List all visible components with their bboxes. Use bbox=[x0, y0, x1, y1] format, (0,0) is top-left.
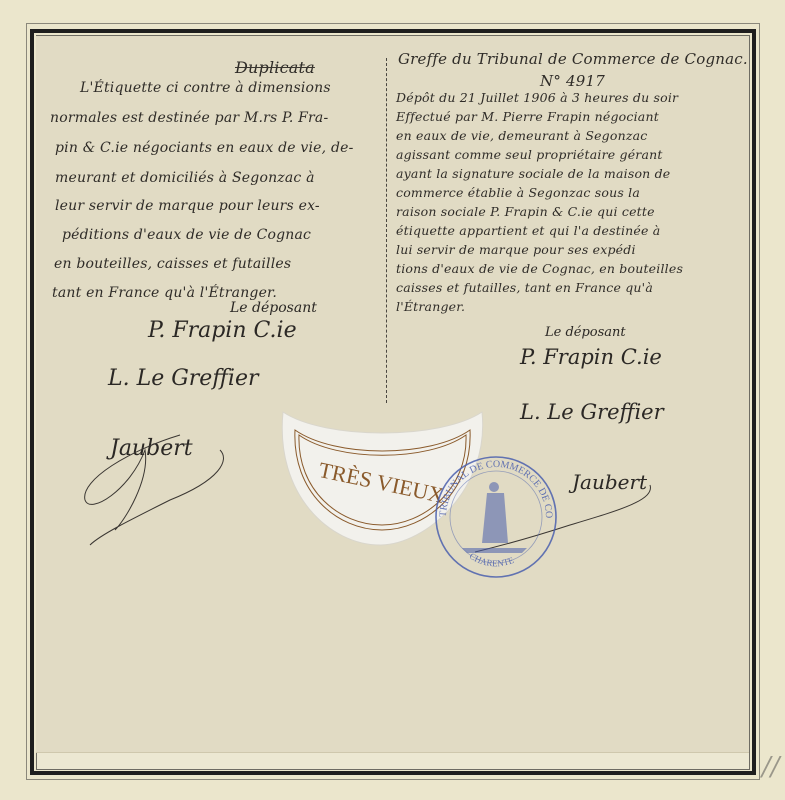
left-title: Duplicata bbox=[235, 58, 315, 77]
right-text-line: commerce établie à Segonzac sous la bbox=[396, 185, 640, 200]
right-text-line: Effectué par M. Pierre Frapin négociant bbox=[396, 109, 659, 124]
left-text-line: péditions d'eaux de vie de Cognac bbox=[62, 227, 311, 243]
right-header: Greffe du Tribunal de Commerce de Cognac… bbox=[398, 50, 748, 68]
right-text-line: en eaux de vie, demeurant à Segonzac bbox=[396, 128, 648, 143]
right-text-line: l'Étranger. bbox=[396, 299, 465, 314]
margin-pencil-mark: // bbox=[762, 752, 780, 782]
svg-text:CHARENTE: CHARENTE bbox=[468, 551, 516, 569]
right-text-line: raison sociale P. Frapin & C.ie qui cett… bbox=[396, 204, 655, 219]
right-signature-greffier: L. Le Greffier bbox=[520, 400, 664, 424]
right-signature-frapin: P. Frapin C.ie bbox=[520, 345, 662, 369]
right-text-line: Dépôt du 21 Juillet 1906 à 3 heures du s… bbox=[396, 90, 678, 105]
right-depositor-label: Le déposant bbox=[545, 325, 626, 340]
right-text-line: étiquette appartient et qui l'a destinée… bbox=[396, 223, 660, 238]
column-divider bbox=[386, 58, 387, 403]
court-stamp: TRIBUNAL DE COMMERCE DE COGNAC CHARENTE bbox=[432, 453, 560, 581]
left-text-line: meurant et domiciliés à Segonzac à bbox=[55, 170, 315, 186]
right-text-line: tions d'eaux de vie de Cognac, en boutei… bbox=[396, 261, 683, 276]
right-text-line: lui servir de marque pour ses expédi bbox=[396, 242, 636, 257]
left-text-line: tant en France qu'à l'Étranger. bbox=[52, 285, 277, 301]
right-text-line: ayant la signature sociale de la maison … bbox=[396, 166, 670, 181]
left-signature-greffier: L. Le Greffier bbox=[108, 366, 259, 391]
right-text-line: caisses et futailles, tant en France qu'… bbox=[396, 280, 653, 295]
left-text-line: leur servir de marque pour leurs ex- bbox=[55, 198, 320, 214]
left-text-line: normales est destinée par M.rs P. Fra- bbox=[50, 110, 328, 126]
left-text-line: pin & C.ie négociants en eaux de vie, de… bbox=[55, 140, 354, 156]
left-signature-frapin: P. Frapin C.ie bbox=[148, 318, 297, 343]
left-depositor-label: Le déposant bbox=[230, 300, 317, 316]
left-flourish bbox=[70, 420, 260, 560]
registration-number: N° 4917 bbox=[540, 72, 605, 90]
left-text-line: L'Étiquette ci contre à dimensions bbox=[80, 80, 331, 96]
left-text-line: en bouteilles, caisses et futailles bbox=[54, 256, 291, 272]
right-text-line: agissant comme seul propriétaire gérant bbox=[396, 147, 663, 162]
